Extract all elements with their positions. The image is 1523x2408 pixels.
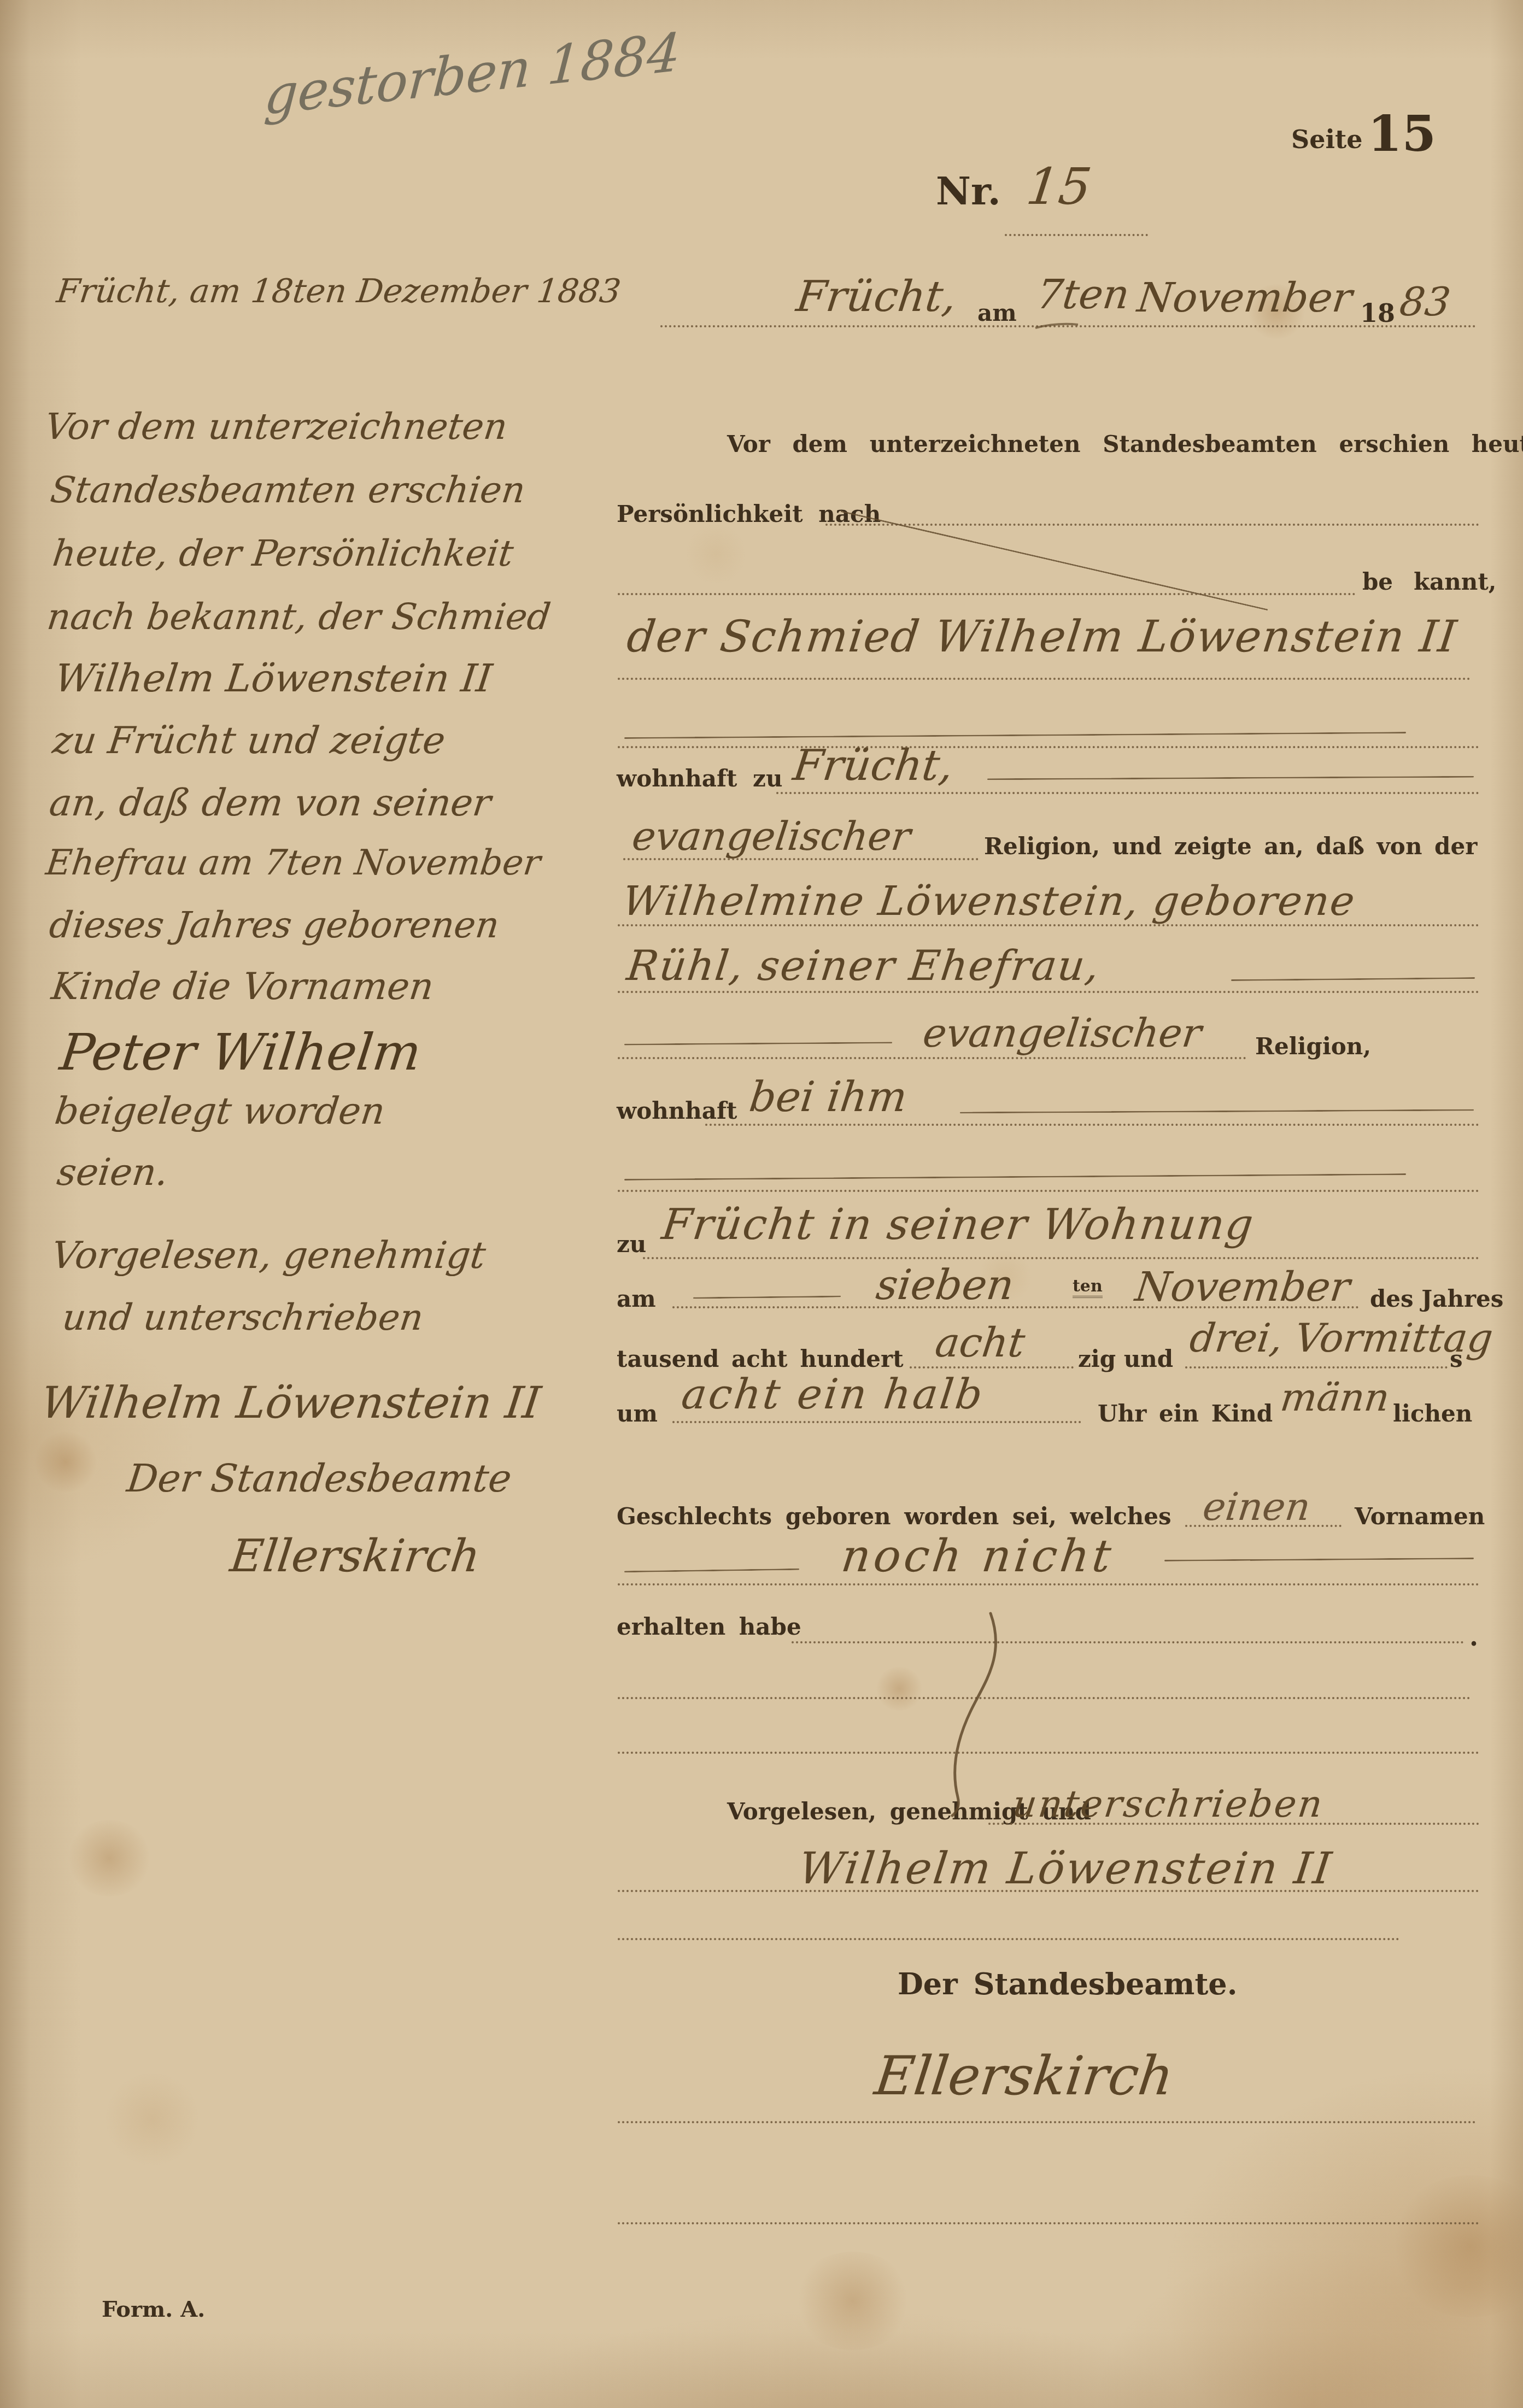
form-day-value: 7ten [1034, 271, 1132, 318]
dotted-line [618, 746, 1479, 748]
registry-page: gestorben 1884 Seite 15 Nr. 15 Frücht, a… [0, 0, 1523, 2408]
des-jahres-label: des Jahres [1370, 1285, 1503, 1312]
dotted-line [1005, 234, 1148, 236]
bekannt-suffix: kannt, [1414, 568, 1496, 595]
lichen-label: lichen [1393, 1400, 1472, 1427]
dotted-line [988, 1823, 1479, 1825]
margin-line: Frücht, am 18ten Dezember 1883 [55, 272, 623, 310]
intro-sentence: Vor dem unterzeichneten Standesbeamten e… [727, 431, 1523, 457]
dotted-line [618, 1057, 1246, 1059]
margin-line: beigelegt worden [52, 1090, 388, 1133]
dotted-line [618, 678, 1471, 680]
religion-entry-2: evangelischer [921, 1010, 1204, 1056]
dotted-line [910, 1366, 1074, 1369]
dotted-line [825, 524, 1479, 526]
margin-line: Vorgelesen, genehmigt [49, 1234, 488, 1277]
margin-line: heute, der Persönlichkeit [50, 532, 516, 574]
dotted-line [776, 792, 1479, 794]
mother-residence-entry: bei ihm [747, 1072, 910, 1121]
declarant-entry: der Schmied Wilhelm Löwenstein II [624, 611, 1460, 662]
dotted-line [792, 1641, 1464, 1643]
noch-nicht-entry: noch nicht [839, 1530, 1117, 1582]
dotted-line [618, 1583, 1479, 1585]
paper-stain [875, 1667, 924, 1711]
residence-entry: Frücht, [790, 741, 956, 790]
dotted-line [618, 924, 1479, 926]
dotted-line [623, 858, 979, 860]
paper-stain [793, 2252, 913, 2350]
mother-maiden-name-entry: Rühl, seiner Ehefrau, [624, 941, 1103, 990]
margin-line: und unterschrieben [60, 1296, 426, 1338]
margin-line: an, daß dem von seiner [47, 782, 493, 825]
am-label: am [977, 299, 1017, 326]
page-label: Seite [1291, 125, 1362, 154]
unterschrieben-entry: unterschrieben [1010, 1783, 1326, 1826]
dotted-line [618, 991, 1479, 993]
birth-month-entry: November [1133, 1264, 1352, 1311]
form-place-value: Frücht, [794, 272, 959, 321]
tausend-label: tausend acht hundert [617, 1346, 904, 1372]
margin-line: dieses Jahres geborenen [47, 904, 501, 946]
zig-und-label: zig und [1078, 1346, 1173, 1372]
registrar-title-handwritten: Der Standesbeamte [125, 1456, 514, 1501]
form-type-label: Form. A. [102, 2297, 205, 2322]
closing-period: . [1469, 1622, 1478, 1652]
religion-sentence: Religion, und zeigte an, daß von der [984, 833, 1477, 860]
registrar-signature-left: Ellerskirch [227, 1530, 483, 1582]
ink-dash [693, 1296, 841, 1299]
wohnhaft-label: wohnhaft [617, 1097, 737, 1124]
religion-entry-1: evangelischer [630, 813, 913, 859]
dotted-line [618, 1697, 1471, 1699]
gender-entry: männ [1278, 1375, 1392, 1420]
ink-dash [624, 732, 1406, 739]
declarant-signature-copy: Wilhelm Löwenstein II [38, 1377, 543, 1428]
dotted-line [618, 593, 1356, 595]
ink-dash [624, 1042, 892, 1045]
dotted-line [618, 1890, 1479, 1892]
margin-line: seien. [55, 1151, 171, 1194]
um-label: um [617, 1400, 658, 1427]
margin-line: nach bekannt, der Schmied [45, 596, 553, 638]
margin-line: Standesbeamten erschien [48, 469, 528, 511]
declarant-signature: Wilhelm Löwenstein II [796, 1843, 1335, 1894]
dotted-line [672, 1306, 1359, 1308]
am-label-2: am [617, 1285, 656, 1312]
decade-entry: acht [933, 1319, 1028, 1366]
registrar-label: Der Standesbeamte. [898, 1966, 1237, 2001]
erhalten-label: erhalten habe [617, 1613, 801, 1640]
record-number-value: 15 [1023, 157, 1094, 216]
margin-line: Kinde die Vornamen [49, 965, 436, 1008]
ten-suffix-label: ten [1073, 1277, 1103, 1298]
paper-stain [33, 1432, 98, 1492]
margin-line: Vor dem unterzeichneten [43, 406, 509, 448]
margin-line: Wilhelm Löwenstein II [52, 656, 495, 701]
mother-name-entry: Wilhelmine Löwenstein, geborene [620, 878, 1358, 925]
margin-line: Ehefrau am 7ten November [44, 843, 543, 883]
registrar-signature: Ellerskirch [871, 2045, 1177, 2107]
ink-dash [987, 776, 1474, 780]
s-suffix-label: s [1450, 1346, 1463, 1372]
zu-label: zu [617, 1231, 646, 1258]
ink-dash [624, 1569, 799, 1572]
dotted-line [1185, 1525, 1342, 1527]
form-month-value: November [1135, 274, 1355, 321]
birth-time-entry: acht ein halb [679, 1370, 987, 1418]
religion-label: Religion, [1255, 1033, 1371, 1060]
paper-stain [1389, 2175, 1523, 2317]
dotted-line [643, 1257, 1479, 1259]
dotted-line [618, 2222, 1479, 2224]
ink-dash [960, 1109, 1474, 1114]
paper-stain [66, 1820, 153, 1896]
vornamen-label: Vornamen [1355, 1503, 1485, 1530]
dotted-line [705, 1124, 1479, 1126]
form-year-value: 83 [1397, 279, 1453, 325]
ink-dash [1164, 1558, 1474, 1561]
geschlechts-sentence: Geschlechts geboren worden sei, welches [617, 1503, 1171, 1530]
margin-note-deceased: gestorben 1884 [262, 21, 682, 127]
ink-dash [624, 1173, 1406, 1180]
dotted-line [618, 1190, 1479, 1192]
birth-day-entry: sieben [874, 1260, 1017, 1309]
page-number: 15 [1368, 105, 1436, 163]
dotted-line [1185, 1366, 1448, 1369]
wohnhaft-zu-label: wohnhaft zu [617, 765, 782, 792]
uhr-ein-kind-label: Uhr ein Kind [1098, 1400, 1273, 1427]
dotted-line [618, 1938, 1399, 1940]
birth-place-entry: Frücht in seiner Wohnung [659, 1200, 1257, 1249]
child-name: Peter Wilhelm [57, 1023, 424, 1082]
dotted-line [660, 325, 1476, 327]
dotted-line [618, 2121, 1476, 2123]
record-number-label: Nr. [936, 168, 1001, 214]
ink-dash [1231, 977, 1475, 981]
dotted-line [618, 1752, 1479, 1754]
bekannt-prefix: be [1362, 568, 1393, 595]
year-printed: 18 [1360, 298, 1395, 328]
dotted-line [672, 1421, 1081, 1423]
einen-entry: einen [1200, 1484, 1313, 1529]
margin-line: zu Frücht und zeigte [50, 719, 448, 762]
